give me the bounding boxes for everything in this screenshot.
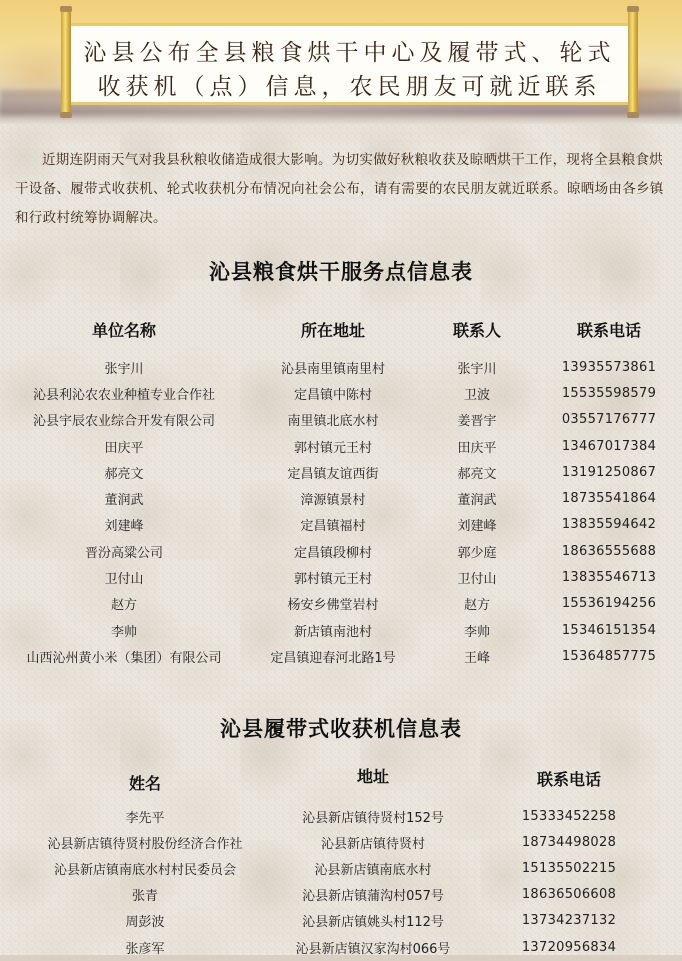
address-cell: 郭村镇元王村 [248,433,418,459]
table-row: 张宇川沁县南里镇南里村张宇川13935573861 [0,354,682,380]
table-row: 沁县新店镇待贤村股份经济合作社沁县新店镇待贤村18734498028 [0,829,682,855]
banner-title-line1: 沁县公布全县粮食烘干中心及履带式、轮式 [71,34,628,67]
phone-cell: 18636506608 [456,882,682,908]
scroll-rod-left-icon [61,10,71,114]
table-row: 卫付山郭村镇元王村卫付山13835546713 [0,564,682,590]
address-cell: 定昌镇福村 [248,512,418,538]
unit-name-cell: 田庆平 [0,433,248,459]
phone-cell: 03557176777 [536,407,682,433]
address-cell: 沁县新店镇待贤村 [290,829,456,855]
table-row: 刘建峰定昌镇福村刘建峰13835594642 [0,512,682,538]
unit-name-cell: 卫付山 [0,564,248,590]
address-cell: 定昌镇友谊西街 [248,459,418,485]
name-cell: 张青 [0,882,290,908]
address-cell: 新店镇南池村 [248,617,418,643]
address-cell: 郭村镇元王村 [248,564,418,590]
unit-name-cell: 山西沁州黄小米（集团）有限公司 [0,643,248,669]
phone-cell: 13835594642 [536,512,682,538]
harvester-table-header: 姓名 地址 联系电话 [0,762,682,794]
phone-cell: 18636555688 [536,538,682,564]
drying-table-header: 单位名称 所在地址 联系人 联系电话 [0,314,682,344]
unit-name-cell: 沁县宇辰农业综合开发有限公司 [0,407,248,433]
name-cell: 李先平 [0,803,290,829]
address-cell: 沁县新店镇蒲沟村057号 [290,882,456,908]
name-cell: 沁县新店镇待贤村股份经济合作社 [0,829,290,855]
unit-name-cell: 沁县利沁农农业种植专业合作社 [0,380,248,406]
name-cell: 沁县新店镇南底水村村民委员会 [0,855,290,881]
address-cell: 定昌镇迎春河北路1号 [248,643,418,669]
contact-cell: 李帅 [418,617,536,643]
phone-cell: 18735541864 [536,485,682,511]
banner-title-line2: 收获机（点）信息，农民朋友可就近联系 [71,68,628,101]
table-row: 山西沁州黄小米（集团）有限公司定昌镇迎春河北路1号王峰15364857775 [0,643,682,669]
contact-cell: 姜晋宇 [418,407,536,433]
unit-name-cell: 董润武 [0,485,248,511]
col-header-unit-name: 单位名称 [0,314,248,344]
col-header-phone: 联系电话 [536,314,682,344]
col-header-name: 姓名 [0,762,290,794]
phone-cell: 13734237132 [456,908,682,934]
table-row: 张青沁县新店镇蒲沟村057号18636506608 [0,882,682,908]
scroll-paper: 沁县公布全县粮食烘干中心及履带式、轮式 收获机（点）信息，农民朋友可就近联系 [71,23,628,105]
unit-name-cell: 郝亮文 [0,459,248,485]
table-row: 赵方杨安乡佛堂岩村赵方15536194256 [0,591,682,617]
header-banner: 沁县公布全县粮食烘干中心及履带式、轮式 收获机（点）信息，农民朋友可就近联系 [0,0,682,124]
intro-paragraph: 近期连阴雨天气对我县秋粮收储造成很大影响。为切实做好秋粮收获及晾晒烘干工作，现将… [15,146,665,233]
phone-cell: 15364857775 [536,643,682,669]
phone-cell: 15536194256 [536,591,682,617]
contact-cell: 卫波 [418,380,536,406]
phone-cell: 13191250867 [536,459,682,485]
unit-name-cell: 张宇川 [0,354,248,380]
table-row: 晋汾高粱公司定昌镇段柳村郭少庭18636555688 [0,538,682,564]
address-cell: 定昌镇中陈村 [248,380,418,406]
harvester-table: 李先平沁县新店镇待贤村152号15333452258沁县新店镇待贤村股份经济合作… [0,803,682,960]
table-row: 董润武漳源镇景村董润武18735541864 [0,485,682,511]
unit-name-cell: 刘建峰 [0,512,248,538]
col-header-contact: 联系人 [418,314,536,344]
table-row: 李帅新店镇南池村李帅15346151354 [0,617,682,643]
contact-cell: 刘建峰 [418,512,536,538]
address-cell: 南里镇北底水村 [248,407,418,433]
page-bottom-edge [0,955,682,961]
address-cell: 定昌镇段柳村 [248,538,418,564]
drying-table-title: 沁县粮食烘干服务点信息表 [0,256,682,286]
table-row: 李先平沁县新店镇待贤村152号15333452258 [0,803,682,829]
phone-cell: 18734498028 [456,829,682,855]
phone-cell: 13467017384 [536,433,682,459]
col-header-phone: 联系电话 [456,762,682,794]
table-row: 郝亮文定昌镇友谊西街郝亮文13191250867 [0,459,682,485]
table-row: 沁县利沁农农业种植专业合作社定昌镇中陈村卫波15535598579 [0,380,682,406]
phone-cell: 15346151354 [536,617,682,643]
address-cell: 沁县新店镇南底水村 [290,855,456,881]
table-row: 田庆平郭村镇元王村田庆平13467017384 [0,433,682,459]
col-header-address: 所在地址 [248,314,418,344]
unit-name-cell: 李帅 [0,617,248,643]
contact-cell: 王峰 [418,643,536,669]
contact-cell: 赵方 [418,591,536,617]
contact-cell: 卫付山 [418,564,536,590]
phone-cell: 13835546713 [536,564,682,590]
table-row: 周彭波沁县新店镇姚头村112号13734237132 [0,908,682,934]
contact-cell: 张宇川 [418,354,536,380]
address-cell: 杨安乡佛堂岩村 [248,591,418,617]
table-row: 沁县新店镇南底水村村民委员会沁县新店镇南底水村15135502215 [0,855,682,881]
phone-cell: 15333452258 [456,803,682,829]
unit-name-cell: 晋汾高粱公司 [0,538,248,564]
contact-cell: 董润武 [418,485,536,511]
table-row: 沁县宇辰农业综合开发有限公司南里镇北底水村姜晋宇03557176777 [0,407,682,433]
address-cell: 沁县南里镇南里村 [248,354,418,380]
phone-cell: 15535598579 [536,380,682,406]
address-cell: 沁县新店镇姚头村112号 [290,908,456,934]
phone-cell: 15135502215 [456,855,682,881]
harvester-table-title: 沁县履带式收获机信息表 [0,713,682,743]
contact-cell: 田庆平 [418,433,536,459]
unit-name-cell: 赵方 [0,591,248,617]
drying-table: 张宇川沁县南里镇南里村张宇川13935573861沁县利沁农农业种植专业合作社定… [0,354,682,670]
contact-cell: 郝亮文 [418,459,536,485]
contact-cell: 郭少庭 [418,538,536,564]
phone-cell: 13935573861 [536,354,682,380]
col-header-address: 地址 [290,762,456,794]
address-cell: 沁县新店镇待贤村152号 [290,803,456,829]
address-cell: 漳源镇景村 [248,485,418,511]
name-cell: 周彭波 [0,908,290,934]
scroll-rod-right-icon [628,10,638,114]
